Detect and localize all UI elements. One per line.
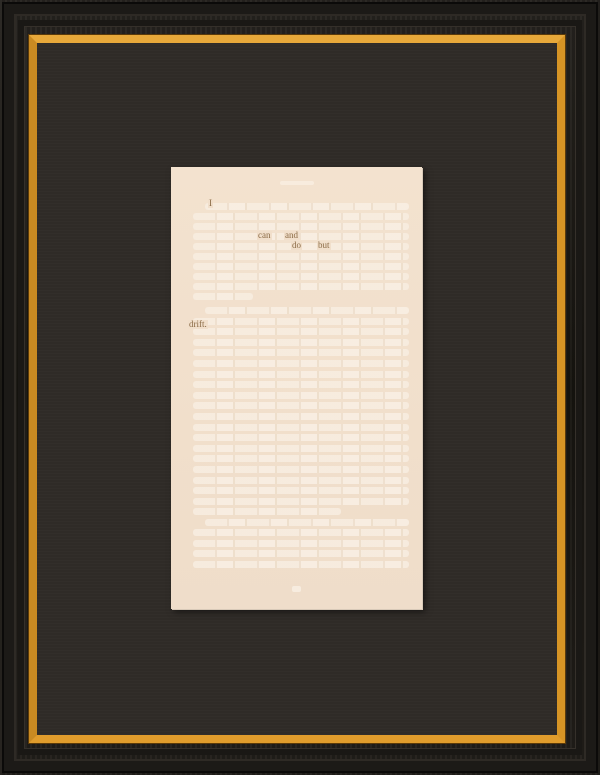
redacted-line (193, 339, 409, 346)
picture-frame: I can and do but drift. (0, 0, 600, 775)
redacted-line (193, 540, 409, 547)
redacted-line (193, 293, 253, 300)
redacted-line (193, 550, 409, 557)
redacted-line (193, 349, 409, 356)
redacted-line (193, 233, 409, 240)
redacted-line (193, 466, 409, 473)
poem-word-i: I (208, 199, 213, 208)
redacted-line (193, 424, 409, 431)
redacted-running-head (280, 181, 314, 185)
redacted-line (205, 307, 409, 314)
poem-word-do: do (291, 241, 302, 250)
redacted-line (193, 318, 409, 325)
poem-word-drift: drift. (188, 320, 208, 329)
redacted-line (193, 477, 409, 484)
redacted-line (193, 498, 409, 505)
poem-word-but: but (317, 241, 331, 250)
redacted-line (193, 371, 409, 378)
redacted-line (193, 561, 409, 568)
redacted-line (193, 434, 409, 441)
redacted-line (205, 203, 409, 210)
poem-word-can: can (257, 231, 272, 240)
redacted-line (193, 213, 409, 220)
redacted-line (193, 253, 409, 260)
redacted-page-number (292, 586, 301, 592)
redacted-line (193, 263, 409, 270)
redacted-line (193, 223, 409, 230)
redacted-line (193, 445, 409, 452)
redacted-line (193, 381, 409, 388)
redacted-line (193, 328, 409, 335)
redacted-line (193, 487, 409, 494)
redacted-line (193, 508, 341, 515)
redacted-line (193, 402, 409, 409)
erasure-poem-page: I can and do but drift. (171, 167, 422, 609)
poem-word-and: and (284, 231, 299, 240)
redacted-line (193, 455, 409, 462)
redacted-line (193, 273, 409, 280)
redacted-line (193, 283, 409, 290)
redacted-line (193, 529, 409, 536)
redacted-line (205, 519, 409, 526)
redacted-line (193, 413, 409, 420)
redacted-line (193, 392, 409, 399)
redacted-line (193, 360, 409, 367)
